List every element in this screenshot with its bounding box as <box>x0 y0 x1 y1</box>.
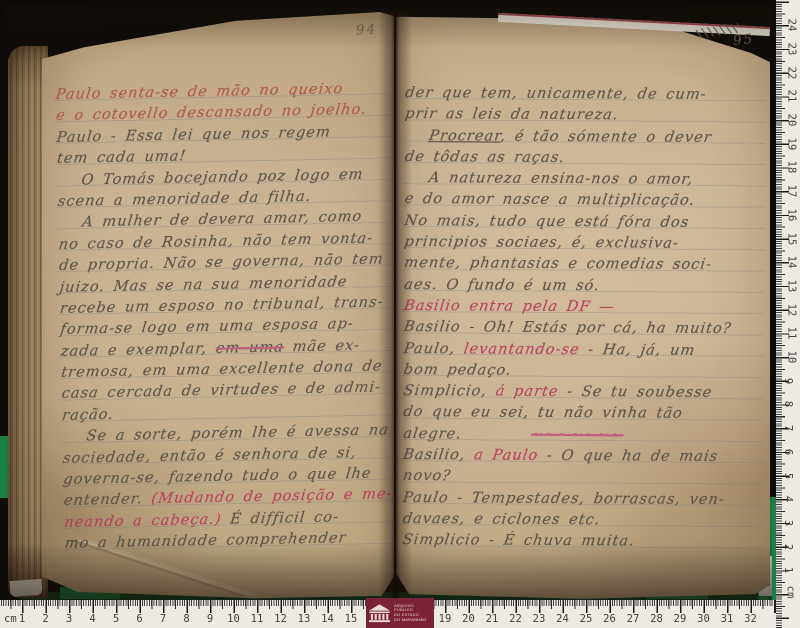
ruler-unit-label: cm <box>4 613 17 625</box>
ruler-number: 1 <box>19 613 25 625</box>
manuscript-line: alegre. ~~~~~~~ <box>402 423 767 446</box>
manuscript-text-segment: (Mudando de posição e me- <box>150 486 393 508</box>
ruler-number: 31 <box>721 613 734 625</box>
ruler-number: 9 <box>207 613 213 625</box>
manuscript-text-segment: ~~~~~~~ <box>530 426 625 444</box>
manuscript-line: do que eu sei, tu não vinha tão <box>402 401 767 424</box>
ruler-number: 5 <box>782 472 794 478</box>
manuscript-text-segment: e do amor nasce a multiplicação. <box>404 190 697 209</box>
manuscript-line: mente, phantasias e comedias soci- <box>403 252 768 275</box>
ruler-number: 20 <box>462 613 475 625</box>
manuscript-text-segment: levantando-se <box>463 340 581 358</box>
manuscript-line: Paulo, levantando-se - Ha, já, um <box>402 338 767 361</box>
ruler-number: 17 <box>785 185 797 198</box>
ruler-number: 7 <box>782 425 794 431</box>
manuscript-text-segment: Basilio, <box>402 446 475 463</box>
ruler-number: 19 <box>439 613 452 625</box>
ruler-number: 3 <box>782 520 794 526</box>
ruler-number: 6 <box>136 613 142 625</box>
ruler-number: 13 <box>785 280 797 293</box>
manuscript-text-segment: Procrear <box>428 127 502 144</box>
manuscript-text-segment: É difficil co- <box>221 508 340 527</box>
manuscript-text-segment: mo a humanidade comprehender <box>64 529 348 552</box>
ruler-number: 4 <box>89 613 95 625</box>
ruler-number: 11 <box>251 613 264 625</box>
manuscript-line: principios sociaes, é, exclusiva- <box>403 231 768 254</box>
manuscript-line: Paulo - Tempestades, borrascas, ven- <box>401 487 766 510</box>
manuscript-text-segment: Paulo - Tempestades, borrascas, ven- <box>402 489 726 508</box>
manuscript-text-segment: á parte <box>494 383 559 400</box>
manuscript-text-segment: tem cada uma! <box>56 148 187 168</box>
manuscript-line: de tôdas as raças. <box>403 146 768 169</box>
ruler-number: 11 <box>785 327 797 340</box>
ruler-number: 25 <box>580 613 593 625</box>
ruler-number: 5 <box>113 613 119 625</box>
ruler-number: 8 <box>782 401 794 407</box>
book-gutter-shadow <box>378 12 412 600</box>
ruler-number: 23 <box>785 43 797 56</box>
page-number-right: 95 <box>732 31 755 49</box>
ruler-number: 27 <box>627 613 640 625</box>
manuscript-text-segment: ração. <box>61 406 115 424</box>
manuscript-text-segment: em uma <box>215 338 285 356</box>
manuscript-text-segment: Simplicio, <box>402 382 497 400</box>
ruler-number: 19 <box>785 137 797 150</box>
manuscript-text-segment: Se a sorte, porém lhe é avessa na <box>86 422 390 445</box>
ruler-number: 10 <box>785 351 797 364</box>
manuscript-text-segment: bom pedaço. <box>403 361 513 379</box>
manuscript-text-segment: - Ha, já, um <box>578 341 696 359</box>
manuscript-line: prir as leis da natureza. <box>404 103 769 126</box>
manuscript-text-segment: prir as leis da natureza. <box>404 105 620 123</box>
manuscript-text-segment: mãe ex- <box>283 337 361 356</box>
left-page-text: Paulo senta-se de mão no queixoe o cotov… <box>54 77 401 558</box>
manuscript-line: Simplicio, á parte - Se tu soubesse <box>402 380 767 403</box>
ruler-number: 21 <box>785 90 797 103</box>
ruler-number: 3 <box>66 613 72 625</box>
manuscript-line: Basilio entra pela DF — <box>403 295 768 318</box>
manuscript-line: aes. O fundo é um só. <box>403 274 768 297</box>
ruler-number: 22 <box>509 613 522 625</box>
ruler-number: 6 <box>782 449 794 455</box>
manuscript-line: Simplicio - É chuva muita. <box>401 529 766 552</box>
ruler-number: 20 <box>785 114 797 127</box>
manuscript-text-segment: Simplicio - É chuva muita. <box>401 531 635 549</box>
ruler-number: 24 <box>785 19 797 32</box>
archive-logo: ARQUIVO PÚBLICO DO ESTADO DO MARANHÃO <box>366 598 434 628</box>
ruler-number: 29 <box>674 613 687 625</box>
manuscript-text-segment: A mulher de devera amar, como <box>81 208 363 231</box>
manuscript-text-segment: Paulo, <box>403 340 465 357</box>
ruler-number: 12 <box>785 303 797 316</box>
manuscript-line: e do amor nasce a multiplicação. <box>403 189 768 212</box>
ruler-number: 2 <box>782 543 794 549</box>
ruler-number: 10 <box>227 613 240 625</box>
ruler-number: 18 <box>785 161 797 174</box>
ruler-number: 30 <box>697 613 710 625</box>
ruler-number: 12 <box>274 613 287 625</box>
manuscript-line: Basilio, a Paulo - O que ha de mais <box>402 444 767 467</box>
manuscript-text-segment: a Paulo <box>473 446 540 463</box>
ruler-number: 2 <box>42 613 48 625</box>
manuscript-text-segment: Basilio entra pela DF — <box>403 297 616 315</box>
manuscript-text-segment: - Se tu soubesse <box>557 383 713 401</box>
manuscript-line: No mais, tudo que está fóra dos <box>403 210 768 233</box>
manuscript-text-segment: mente, phantasias e comedias soci- <box>403 254 713 273</box>
ruler-number: 14 <box>785 256 797 269</box>
manuscript-line: A natureza ensina-nos o amor, <box>403 167 768 190</box>
ruler-number: 23 <box>533 613 546 625</box>
manuscript-text-segment: zada e exemplar, <box>60 339 217 359</box>
manuscript-text-segment: entender. <box>63 491 153 510</box>
manuscript-text-segment: neando a cabeça.) <box>63 511 222 531</box>
page-edge-sliver <box>9 579 42 597</box>
manuscript-line: bom pedaço. <box>402 359 767 382</box>
manuscript-line: der que tem, unicamente, de cum- <box>404 82 769 105</box>
ruler-number: 16 <box>785 208 797 221</box>
manuscript-text-segment: , é tão sómente o dever <box>499 127 713 145</box>
manuscript-text-segment: No mais, tudo que está fóra dos <box>403 212 690 231</box>
ruler-number: 15 <box>345 613 358 625</box>
ruler-number: 15 <box>785 232 797 245</box>
manuscript-line: Basilio - Oh! Estás por cá, ha muito? <box>402 316 767 339</box>
ruler-unit-label: cm <box>784 586 796 599</box>
ruler-number: 4 <box>782 496 794 502</box>
ruler-number: 24 <box>556 613 569 625</box>
ruler-number: 32 <box>744 613 757 625</box>
manuscript-text-segment: - O que ha de mais <box>537 447 719 465</box>
manuscript-line: Procrear, é tão sómente o dever <box>404 125 769 148</box>
ruler-number: 14 <box>321 613 334 625</box>
manuscript-text-segment: A natureza ensina-nos o amor, <box>428 169 695 188</box>
ruler-number: 28 <box>650 613 663 625</box>
ruler-number: 22 <box>785 66 797 79</box>
manuscript-text-segment: davaes, e ciclones etc. <box>402 510 602 528</box>
manuscript-line: novo? <box>402 465 767 488</box>
page-number-left: 94 <box>355 21 377 38</box>
manuscript-line: davaes, e ciclones etc. <box>401 508 766 531</box>
archive-photo-stage: 94 95 Paulo senta-se de mão no queixoe o… <box>0 0 800 628</box>
archive-building-icon <box>368 603 391 623</box>
ruler-number: 13 <box>298 613 311 625</box>
manuscript-text-segment <box>461 425 533 442</box>
right-page-text: der que tem, unicamente, de cum-prir as … <box>401 82 766 556</box>
manuscript-text-segment: principios sociaes, é, exclusiva- <box>403 233 680 252</box>
manuscript-text-segment: Basilio - Oh! Estás por cá, ha muito? <box>403 318 733 337</box>
ruler-number: 7 <box>160 613 166 625</box>
manuscript-text-segment: aes. O fundo é um só. <box>403 276 601 294</box>
archive-logo-text: ARQUIVO PÚBLICO DO ESTADO DO MARANHÃO <box>394 604 426 622</box>
ruler-number: 8 <box>183 613 189 625</box>
manuscript-text-segment: forma-se logo em uma esposa ap- <box>59 315 354 338</box>
archive-logo-line: DO MARANHÃO <box>394 618 426 623</box>
ruler-number: 26 <box>603 613 616 625</box>
ruler-number: 21 <box>486 613 499 625</box>
manuscript-text-segment: do que eu sei, tu não vinha tão <box>402 403 684 422</box>
manuscript-text-segment: der que tem, unicamente, de cum- <box>404 84 708 103</box>
ruler-number: 9 <box>782 378 794 384</box>
ruler-number: 1 <box>782 567 794 573</box>
vertical-cm-ruler: cm 1234567891011121314151617181920212223… <box>776 0 800 628</box>
manuscript-text-segment: de tôdas as raças. <box>404 148 566 166</box>
